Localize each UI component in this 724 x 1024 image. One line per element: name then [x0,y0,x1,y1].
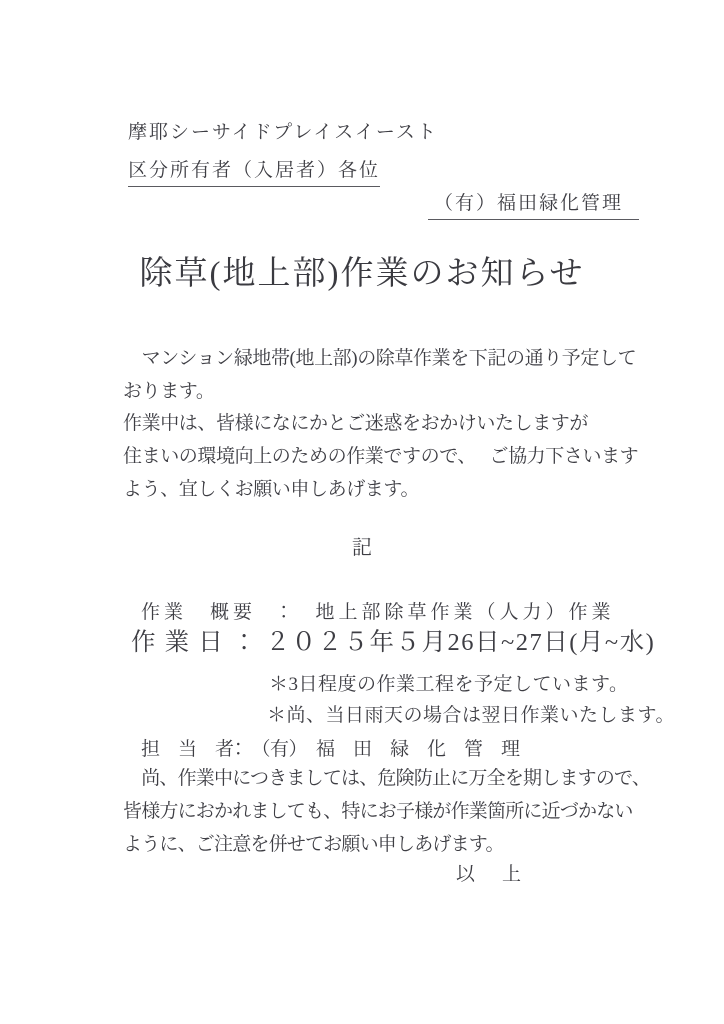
work-duration-note: ＊3日程度の作業工程を予定しています。 [269,669,628,696]
staff-label: 担 当 者： [141,739,261,760]
end-marker: 以 上 [456,859,525,886]
work-date-label: 作 業 日 ： [131,629,266,656]
rain-postponement-note: ＊尚、当日雨天の場合は翌日作業いたします。 [267,700,675,727]
record-marker: 記 [0,531,724,560]
closing-line: ように、ご注意を併せてお願い申しあげます。 [123,829,650,862]
staff-row: 担 当 者： （有） 福 田 緑 化 管 理 [141,734,520,761]
closing-line: 皆様方におかれましても、特にお子様が作業箇所に近づかない [123,796,650,829]
work-overview-row: 作業 概要 ： 地上部除草作業（人力）作業 [141,597,615,624]
closing-paragraph: 尚、作業中につきましては、危険防止に万全を期しますので、 皆様方におかれましても… [123,763,650,861]
intro-line: おります。 [123,376,638,409]
page-title: 除草(地上部)作業のお知らせ [0,247,724,294]
work-date-row: 作 業 日 ： ２０２５年５月26日~27日(月~水) [131,623,655,658]
recipient-building-name: 摩耶シーサイドプレイスイースト [128,117,438,144]
work-overview-label: 作業 概要 ： [141,602,316,623]
sender-company-name: （有）福田緑化管理 [428,188,639,220]
closing-line: 尚、作業中につきましては、危険防止に万全を期しますので、 [123,763,650,796]
staff-value: （有） 福 田 緑 化 管 理 [261,739,520,760]
scanned-notice-page: 摩耶シーサイドプレイスイースト 区分所有者（入居者）各位 （有）福田緑化管理 除… [0,0,724,1024]
recipient-addressees: 区分所有者（入居者）各位 [128,155,380,187]
intro-line: 住まいの環境向上のための作業ですので、 ご協力下さいます [123,441,638,474]
intro-line: マンション緑地帯(地上部)の除草作業を下記の通り予定して [123,343,638,376]
intro-line: よう、宜しくお願い申しあげます。 [123,474,638,507]
work-overview-value: 地上部除草作業（人力）作業 [316,602,615,623]
intro-paragraph: マンション緑地帯(地上部)の除草作業を下記の通り予定して おります。 作業中は、… [123,343,638,507]
work-date-value: ２０２５年５月26日~27日(月~水) [266,629,656,656]
intro-line: 作業中は、皆様になにかとご迷惑をおかけいたしますが [123,408,638,441]
